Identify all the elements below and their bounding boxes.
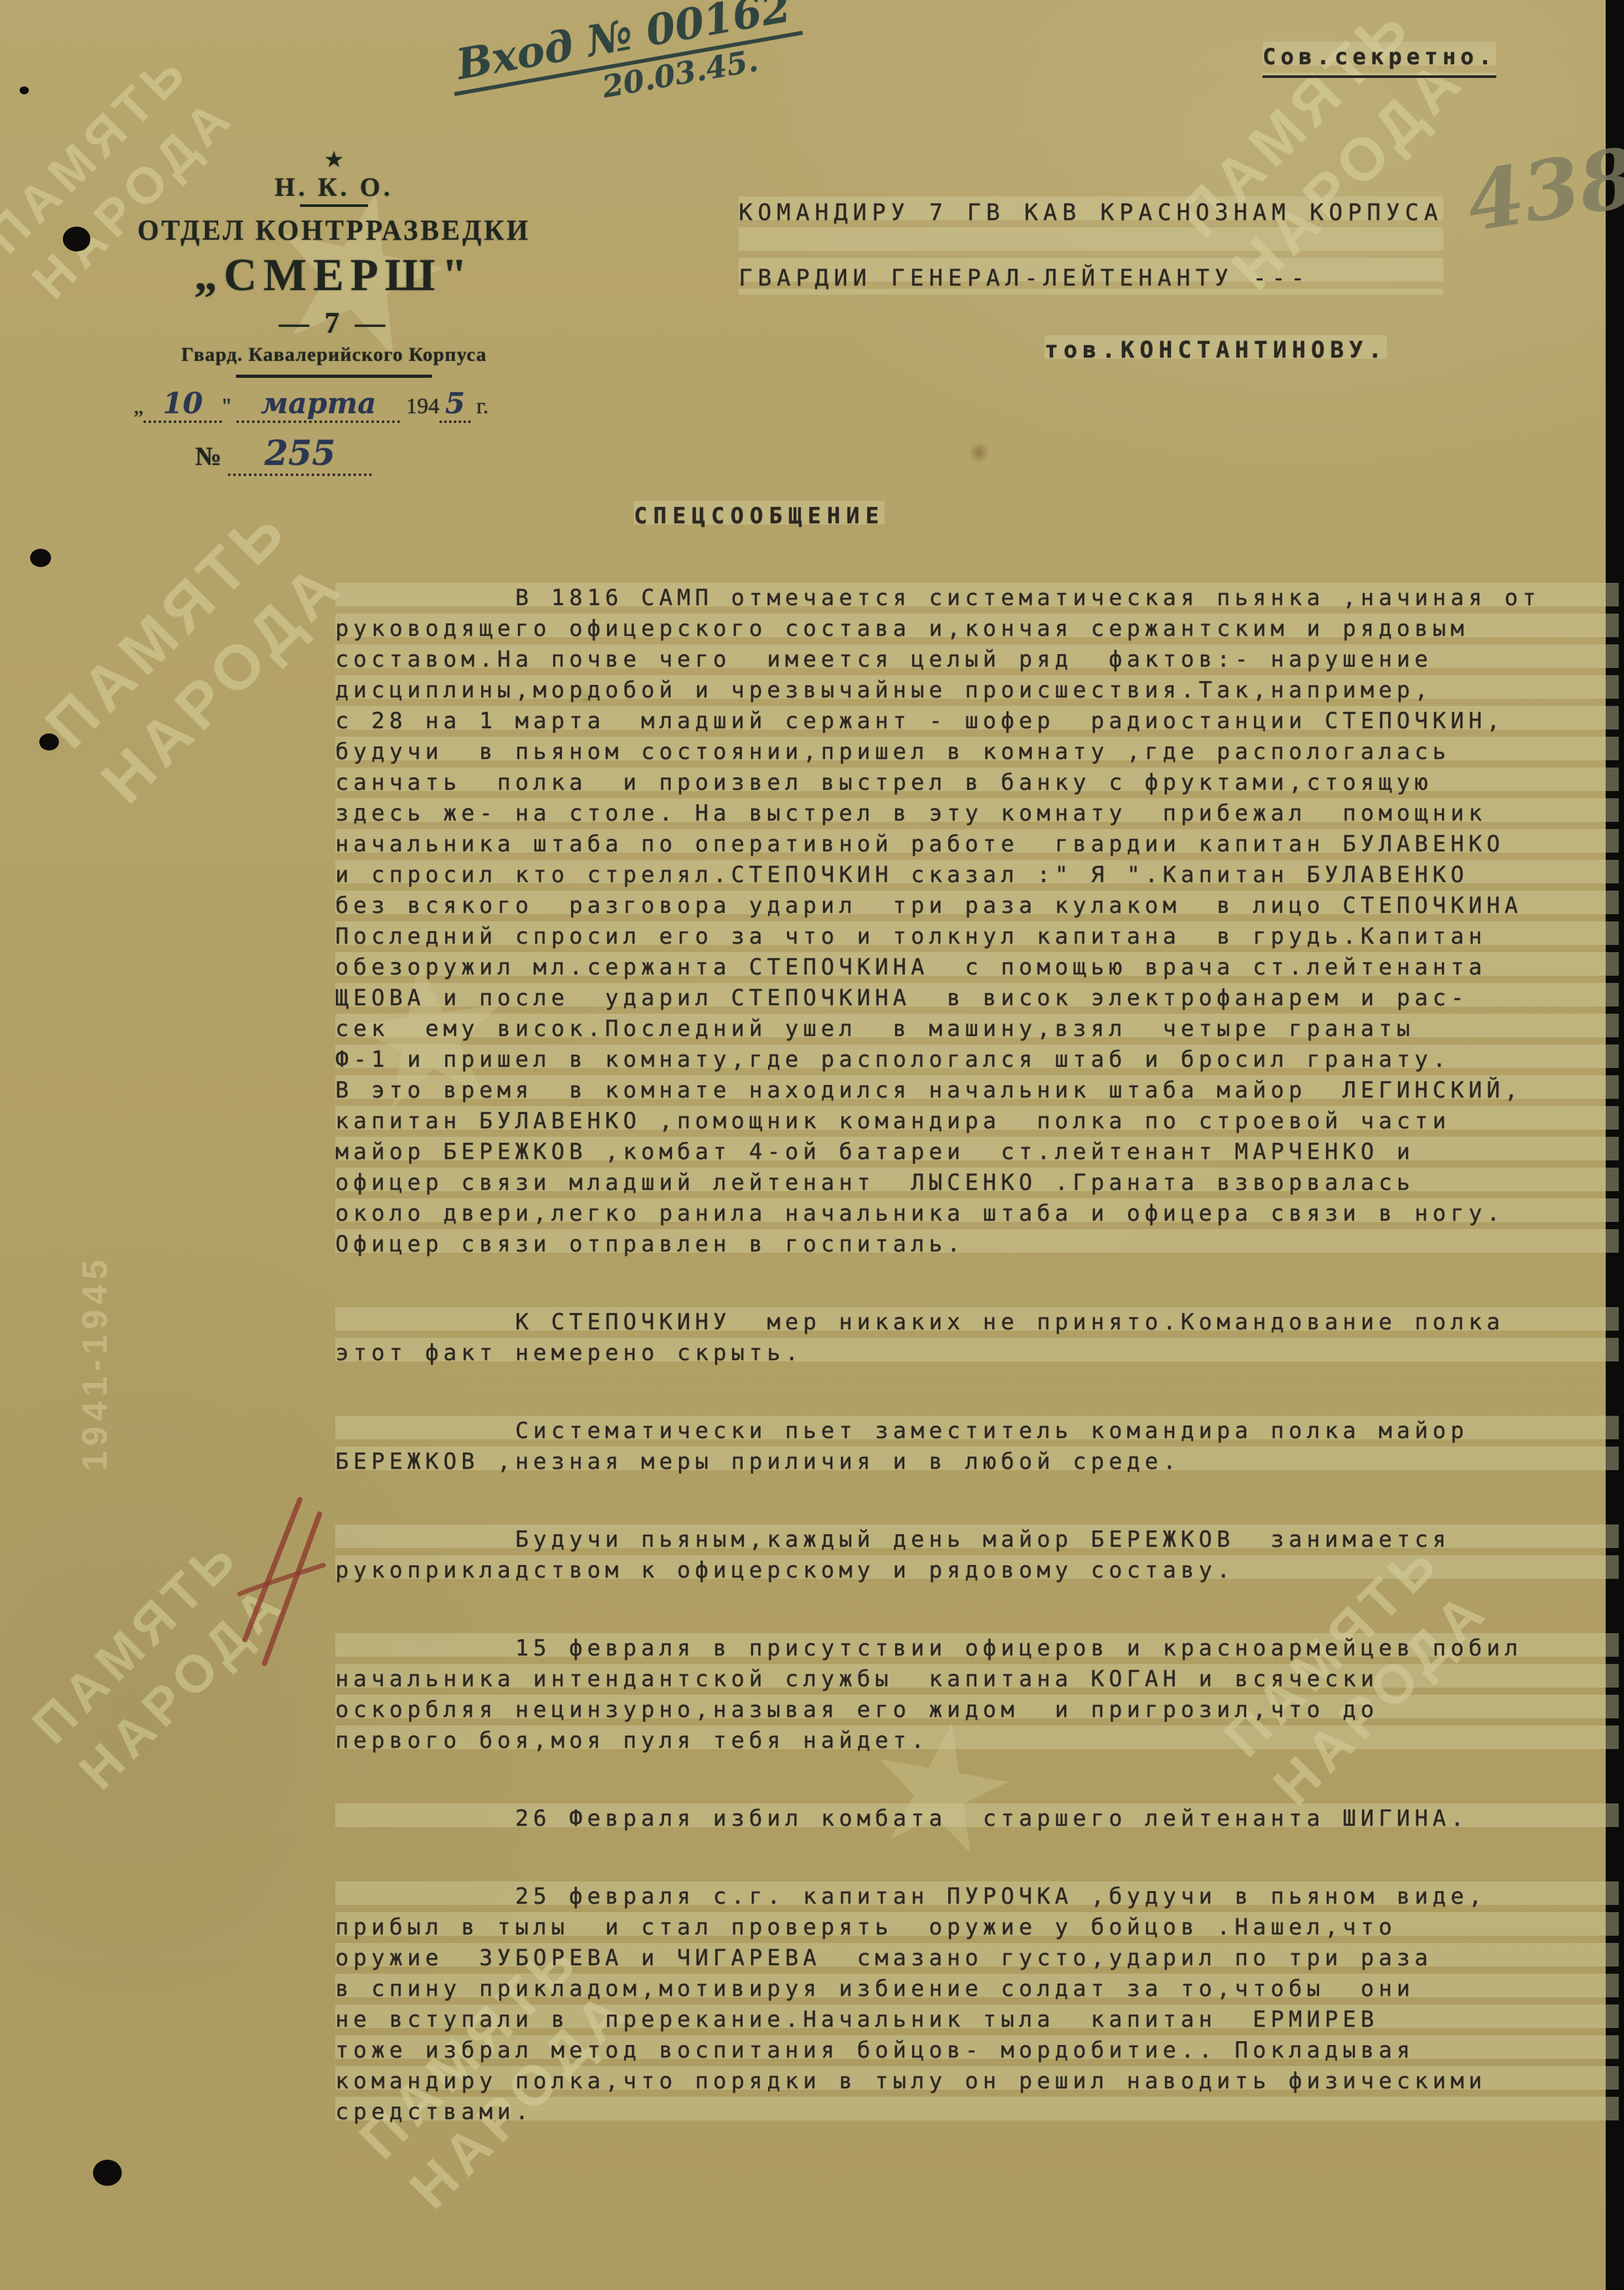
recipient-line1: КОМАНДИРУ 7 ГВ КАВ КРАСНОЗНАМ КОРПУСА	[739, 200, 1443, 226]
smersh-name: „СМЕРШ"	[117, 248, 551, 304]
number-label: №	[195, 441, 221, 471]
paragraph-berezhkov-drinking: Систематически пьет заместитель командир…	[335, 1416, 1619, 1477]
paragraph-feb15-kogan: 15 февраля в присутствии офицеров и крас…	[335, 1633, 1619, 1756]
hole-punch	[93, 2160, 122, 2186]
department-name: ОТДЕЛ КОНТРРАЗВЕДКИ	[125, 213, 542, 248]
date-month-handwritten: марта	[236, 387, 400, 423]
document-number-handwritten: 255	[228, 434, 372, 476]
date-open-quote: „	[134, 394, 143, 418]
years-watermark: 1941-1945	[75, 1255, 115, 1471]
paragraph-feb25-purochka: 25 февраля с.г. капитан ПУРОЧКА ,будучи …	[335, 1881, 1619, 2128]
star-icon: ★	[117, 148, 551, 172]
paragraph-no-measures: К СТЕПОЧКИНУ мер никаких не принято.Кома…	[335, 1307, 1619, 1369]
document-title: СПЕЦСООБЩЕНИЕ	[634, 501, 885, 532]
org-abbreviation: Н. К. О.	[117, 172, 551, 203]
letterhead-stamp: ★ Н. К. О. ОТДЕЛ КОНТРРАЗВЕДКИ „СМЕРШ" —…	[117, 148, 551, 476]
recipient-block: КОМАНДИРУ 7 ГВ КАВ КРАСНОЗНАМ КОРПУСА ГВ…	[739, 196, 1443, 295]
date-year-suffix: г.	[476, 394, 489, 418]
date-year-printed: 194	[406, 394, 439, 418]
stamp-underline	[300, 204, 368, 207]
recipient-line2: ГВАРДИИ ГЕНЕРАЛ-ЛЕЙТЕНАНТУ ---	[739, 265, 1310, 291]
paragraph-feb26-shigin: 26 Февраля избил комбата старшего лейтен…	[335, 1803, 1619, 1834]
hole-punch	[63, 227, 90, 251]
scanned-document-page: ПАМЯТЬ НАРОДА ПАМЯТЬ НАРОДА ПАМЯТЬ НАРОД…	[0, 0, 1624, 2290]
pencil-page-number: 438	[1460, 130, 1624, 251]
hole-punch	[39, 733, 59, 750]
stamp-divider	[236, 375, 432, 378]
registration-note: Вход № 00162 20.03.45.	[446, 0, 809, 130]
unit-number: — 7 —	[117, 304, 551, 342]
red-pencil-margin-mark	[236, 1494, 327, 1684]
paper-stain	[968, 443, 990, 462]
date-close-quote: "	[222, 394, 231, 418]
hole-punch	[30, 549, 51, 567]
classification-label: Сов.секретно.	[1263, 42, 1496, 78]
stamp-date-row: „10" марта 1945 г.	[117, 387, 551, 423]
paper-speck	[20, 86, 29, 94]
paragraph-incident-stepochkin: В 1816 САМП отмечается систематическая п…	[335, 583, 1619, 1260]
paragraph-berezhkov-assault: Будучи пьяным,каждый день майор БЕРЕЖКОВ…	[335, 1524, 1619, 1586]
document-body: В 1816 САМП отмечается систематическая п…	[335, 583, 1619, 2128]
date-year-digit-handwritten: 5	[439, 387, 471, 423]
addressee: тов.КОНСТАНТИНОВУ.	[1044, 335, 1387, 366]
stamp-number-row: № 255	[117, 434, 551, 476]
memory-watermark: ПАМЯТЬ НАРОДА	[29, 489, 361, 821]
unit-name: Гвард. Кавалерийского Корпуса	[117, 342, 551, 368]
date-day-handwritten: 10	[143, 387, 222, 423]
